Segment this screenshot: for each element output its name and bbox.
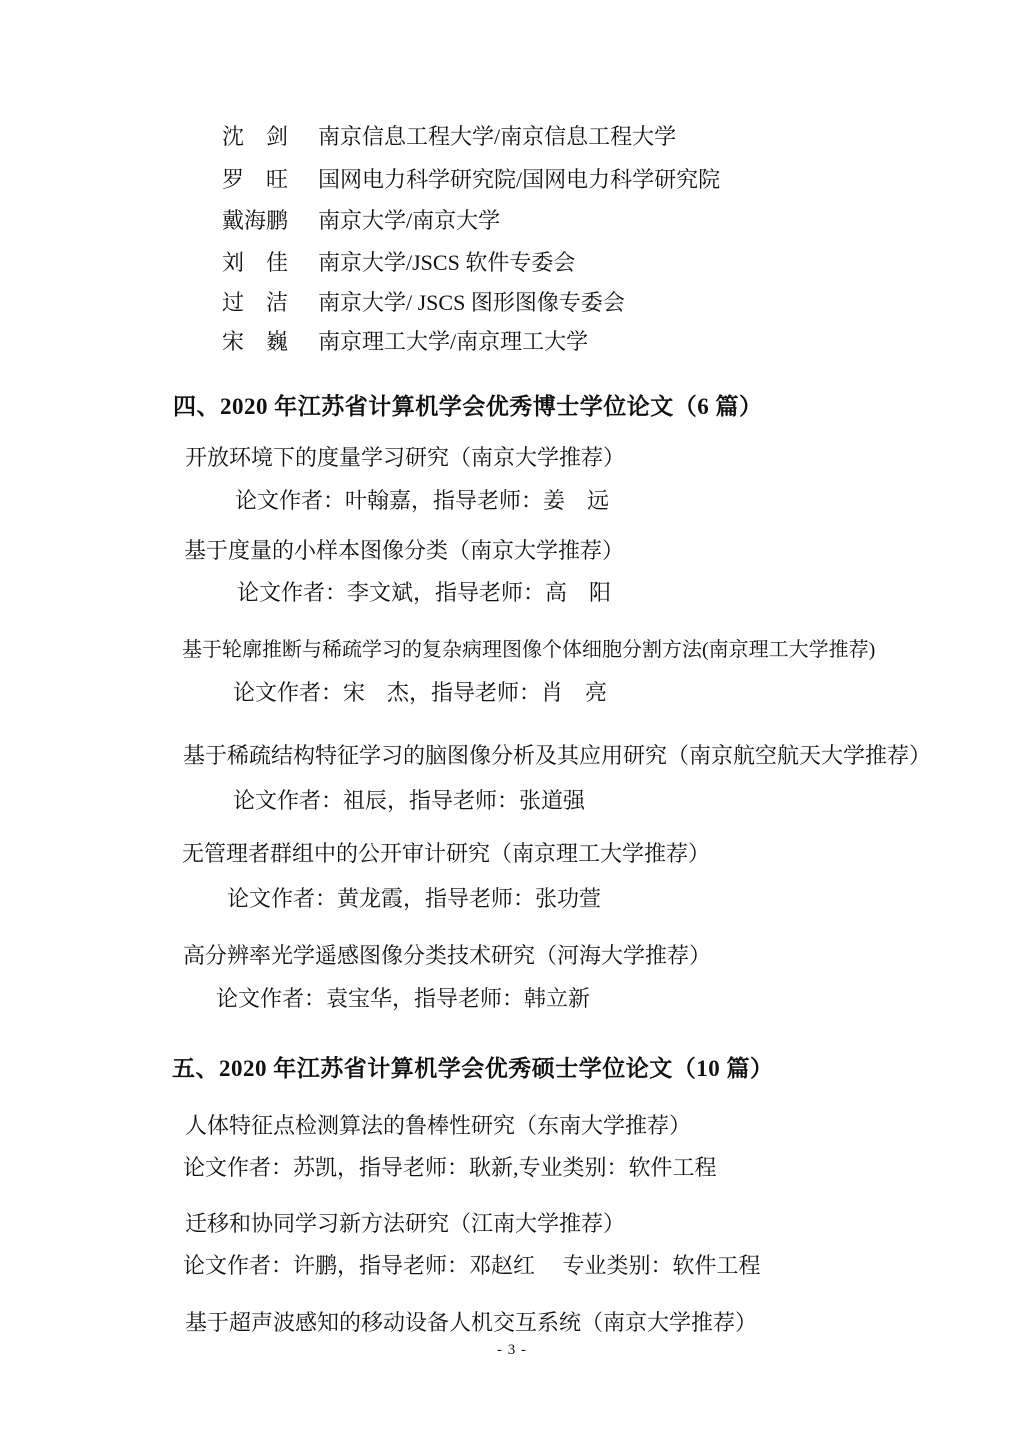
thesis-authors: 论文作者：叶翰嘉，指导老师：姜 远 bbox=[235, 489, 609, 514]
thesis-authors: 论文作者：李文斌，指导老师：高 阳 bbox=[237, 581, 611, 606]
thesis-title: 基于度量的小样本图像分类（南京大学推荐） bbox=[184, 539, 624, 564]
thesis-authors: 论文作者：黄龙霞，指导老师：张功萱 bbox=[227, 887, 601, 912]
committee-row: 宋 巍 南京理工大学/南京理工大学 bbox=[0, 325, 1024, 351]
thesis-title: 基于轮廓推断与稀疏学习的复杂病理图像个体细胞分割方法(南京理工大学推荐) bbox=[182, 639, 875, 661]
committee-row: 刘 佳 南京大学/JSCS 软件专委会 bbox=[0, 246, 1024, 272]
thesis-title: 基于稀疏结构特征学习的脑图像分析及其应用研究（南京航空航天大学推荐） bbox=[183, 744, 931, 769]
member-name: 刘 佳 bbox=[222, 246, 288, 277]
thesis-title: 无管理者群组中的公开审计研究（南京理工大学推荐） bbox=[182, 842, 710, 867]
thesis-authors: 论文作者：许鹏，指导老师：邓赵红 专业类别：软件工程 bbox=[183, 1254, 761, 1279]
thesis-title: 开放环境下的度量学习研究（南京大学推荐） bbox=[185, 446, 625, 471]
member-name: 宋 巍 bbox=[222, 325, 288, 356]
thesis-title: 人体特征点检测算法的鲁棒性研究（东南大学推荐） bbox=[185, 1114, 691, 1139]
member-affiliation: 南京理工大学/南京理工大学 bbox=[318, 325, 588, 356]
thesis-authors: 论文作者：宋 杰，指导老师：肖 亮 bbox=[233, 681, 607, 706]
thesis-authors: 论文作者：袁宝华，指导老师：韩立新 bbox=[216, 987, 590, 1012]
thesis-title: 迁移和协同学习新方法研究（江南大学推荐） bbox=[185, 1212, 625, 1237]
member-affiliation: 南京大学/JSCS 软件专委会 bbox=[318, 246, 575, 277]
committee-row: 沈 剑 南京信息工程大学/南京信息工程大学 bbox=[0, 120, 1024, 146]
member-name: 过 洁 bbox=[222, 286, 288, 317]
page-number: - 3 - bbox=[0, 1342, 1024, 1359]
section-masters-heading: 五、2020 年江苏省计算机学会优秀硕士学位论文（10 篇） bbox=[172, 1056, 774, 1082]
member-name: 沈 剑 bbox=[222, 120, 288, 151]
committee-row: 戴海鹏 南京大学/南京大学 bbox=[0, 204, 1024, 230]
member-affiliation: 南京大学/ JSCS 图形图像专委会 bbox=[318, 286, 625, 317]
member-name: 戴海鹏 bbox=[222, 204, 288, 235]
member-name: 罗 旺 bbox=[222, 163, 288, 194]
member-affiliation: 国网电力科学研究院/国网电力科学研究院 bbox=[318, 163, 720, 194]
member-affiliation: 南京大学/南京大学 bbox=[318, 204, 500, 235]
thesis-title: 基于超声波感知的移动设备人机交互系统（南京大学推荐） bbox=[185, 1311, 757, 1336]
document-page: 沈 剑 南京信息工程大学/南京信息工程大学 罗 旺 国网电力科学研究院/国网电力… bbox=[0, 0, 1024, 1448]
thesis-title: 高分辨率光学遥感图像分类技术研究（河海大学推荐） bbox=[183, 944, 711, 969]
thesis-authors: 论文作者：祖辰，指导老师：张道强 bbox=[233, 789, 585, 814]
committee-row: 过 洁 南京大学/ JSCS 图形图像专委会 bbox=[0, 286, 1024, 312]
thesis-authors: 论文作者：苏凯，指导老师：耿新,专业类别：软件工程 bbox=[183, 1156, 717, 1181]
member-affiliation: 南京信息工程大学/南京信息工程大学 bbox=[318, 120, 676, 151]
section-doctoral-heading: 四、2020 年江苏省计算机学会优秀博士学位论文（6 篇） bbox=[173, 394, 763, 420]
committee-row: 罗 旺 国网电力科学研究院/国网电力科学研究院 bbox=[0, 163, 1024, 189]
